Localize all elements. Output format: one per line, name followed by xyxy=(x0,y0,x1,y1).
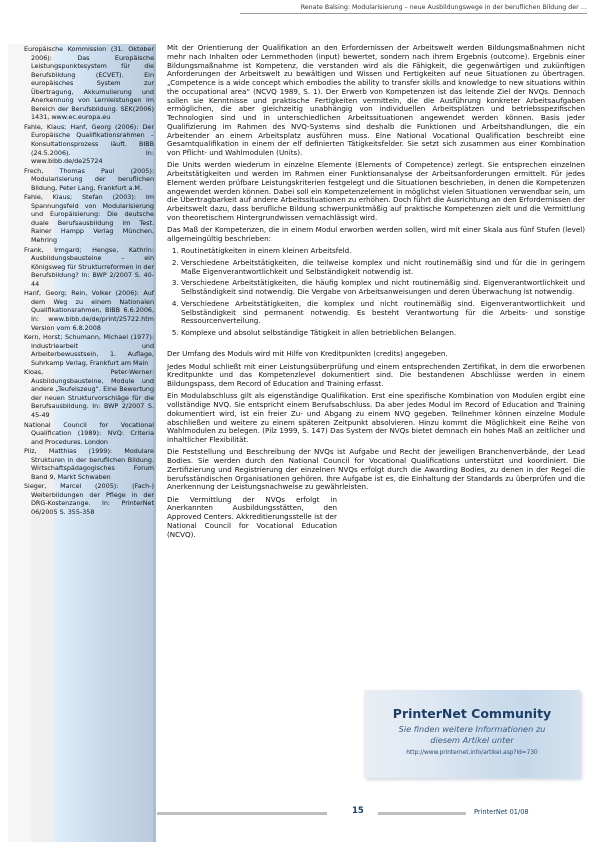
level-item: Komplexe und absolut selbständige Tätigk… xyxy=(181,329,585,338)
page-number: 15 xyxy=(352,806,364,816)
promo-subtitle-line: diesem Artikel unter xyxy=(364,735,580,746)
level-item: Routinetätigkeiten in einem kleinen Arbe… xyxy=(181,247,585,256)
reference-item: Sieger, Marcel (2005): (Fach-) Weiterbil… xyxy=(24,482,154,516)
level-item: Verschiedene Arbeitstätigkeiten, die tei… xyxy=(181,259,585,277)
reference-item: Fahle, Klaus; Hanf, Georg (2006): Der Eu… xyxy=(24,123,154,166)
body-paragraph: Die Vermittlung der NVQs erfolgt in Aner… xyxy=(167,496,337,540)
footer-rule-left xyxy=(157,812,327,815)
reference-item: Frech, Thomas Paul (2005): Modularisieru… xyxy=(24,167,154,193)
promo-link[interactable]: http://www.printernet.info/artikel.asp?i… xyxy=(364,750,580,756)
reference-item: Frank, Irmgard; Hengse, Kathrin: Ausbild… xyxy=(24,246,154,289)
body-paragraph: Ein Modulabschluss gilt als eigenständig… xyxy=(167,392,585,445)
level-item: Verschiedene Arbeitstätigkeiten, die häu… xyxy=(181,279,585,297)
promo-title: PrinterNet Community xyxy=(364,706,580,721)
body-paragraph: Das Maß der Kompetenzen, die in einem Mo… xyxy=(167,226,585,244)
footer-rule-right xyxy=(378,812,466,815)
promo-subtitle: Sie finden weitere Informationen zu dies… xyxy=(364,724,580,745)
body-paragraph: Der Umfang des Moduls wird mit Hilfe von… xyxy=(167,350,585,359)
body-paragraph: Jedes Modul schließt mit einer Leistungs… xyxy=(167,363,585,389)
reference-item: Fahle, Klaus; Stefan (2003): Im Spannung… xyxy=(24,193,154,244)
competence-levels-list: Routinetätigkeiten in einem kleinen Arbe… xyxy=(167,247,585,338)
body-paragraph: Die Feststellung und Beschreibung der NV… xyxy=(167,448,585,492)
reference-item: Kern, Horst; Schumann, Michael (1977): I… xyxy=(24,333,154,367)
article-body: Mit der Orientierung der Qualifikation a… xyxy=(167,44,585,543)
references-sidebar: Europäische Kommission (31. Oktober 2006… xyxy=(24,45,154,518)
body-paragraph: Mit der Orientierung der Qualifikation a… xyxy=(167,44,585,158)
publication-label: PrinterNet 01/08 xyxy=(474,808,529,816)
reference-item: Kloas, Peter-Werner: Ausbildungsbaustein… xyxy=(24,368,154,419)
reference-item: Pilz, Matthias (1999): Modulare Struktur… xyxy=(24,447,154,481)
reference-item: National Council for Vocational Qualific… xyxy=(24,421,154,447)
body-paragraph: Die Units werden wiederum in einzelne El… xyxy=(167,161,585,222)
level-item: Verschiedene Arbeitstätigkeiten, die kom… xyxy=(181,300,585,326)
printernet-community-box: PrinterNet Community Sie finden weitere … xyxy=(364,690,580,778)
promo-subtitle-line: Sie finden weitere Informationen zu xyxy=(364,724,580,735)
reference-item: Hanf, Georg; Rein, Volker (2006): Auf de… xyxy=(24,289,154,332)
reference-item: Europäische Kommission (31. Oktober 2006… xyxy=(24,45,154,122)
running-header: Renate Balsing: Modularisierung – neue A… xyxy=(240,4,587,14)
